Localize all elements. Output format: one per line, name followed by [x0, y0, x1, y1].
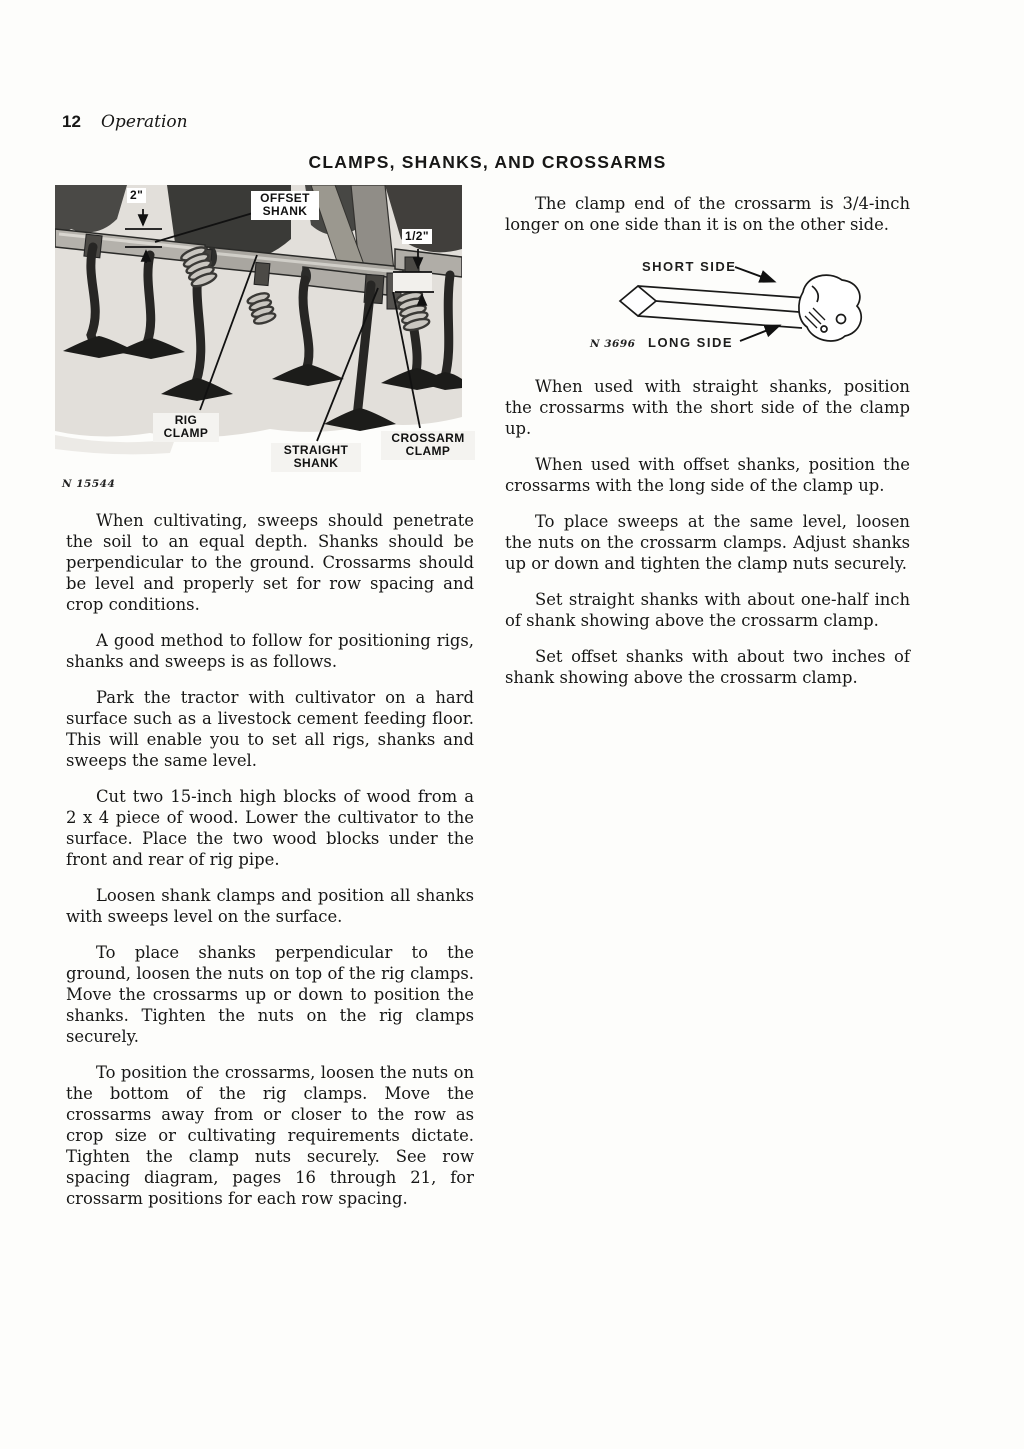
- section-name: Operation: [101, 112, 188, 132]
- paragraph: When cultivating, sweeps should penetrat…: [66, 510, 474, 615]
- diagram-label-long-side: LONG SIDE: [648, 332, 733, 353]
- paragraph: Loosen shank clamps and position all sha…: [66, 885, 474, 927]
- paragraph: A good method to follow for positioning …: [66, 630, 474, 672]
- cultivator-photo-figure: 2" OFFSET SHANK 1/2" RIG CLAMP STRAIGHT …: [55, 185, 462, 485]
- photo-label-crossarm-clamp: CROSSARM CLAMP: [381, 431, 475, 460]
- paragraph: To position the crossarms, loosen the nu…: [66, 1062, 474, 1209]
- paragraph: Set straight shanks with about one-half …: [505, 589, 910, 631]
- left-column: When cultivating, sweeps should penetrat…: [66, 510, 474, 1224]
- photo-label-half-inch: 1/2": [402, 229, 432, 244]
- photo-figure-number: N 15544: [62, 478, 115, 490]
- paragraph: Cut two 15-inch high blocks of wood from…: [66, 786, 474, 870]
- photo-label-rig-clamp: RIG CLAMP: [153, 413, 219, 442]
- paragraph: When used with offset shanks, position t…: [505, 454, 910, 496]
- paragraph: To place sweeps at the same level, loose…: [505, 511, 910, 574]
- diagram-label-short-side: SHORT SIDE: [642, 256, 736, 277]
- right-column: The clamp end of the crossarm is 3/4-inc…: [505, 193, 910, 703]
- photo-label-offset-shank: OFFSET SHANK: [251, 191, 319, 220]
- page-number: 12: [62, 112, 81, 132]
- paragraph: To place shanks perpendicular to the gro…: [66, 942, 474, 1047]
- paragraph: Park the tractor with cultivator on a ha…: [66, 687, 474, 771]
- page-title: CLAMPS, SHANKS, AND CROSSARMS: [65, 152, 910, 173]
- diagram-figure-number: N 3696: [590, 334, 635, 355]
- paragraph: Set offset shanks with about two inches …: [505, 646, 910, 688]
- crossarm-diagram-figure: SHORT SIDE LONG SIDE N 3696: [560, 250, 890, 366]
- photo-label-straight-shank: STRAIGHT SHANK: [271, 443, 361, 472]
- paragraph: When used with straight shanks, position…: [505, 376, 910, 439]
- paragraph: The clamp end of the crossarm is 3/4-inc…: [505, 193, 910, 235]
- photo-label-two-inch: 2": [127, 188, 146, 203]
